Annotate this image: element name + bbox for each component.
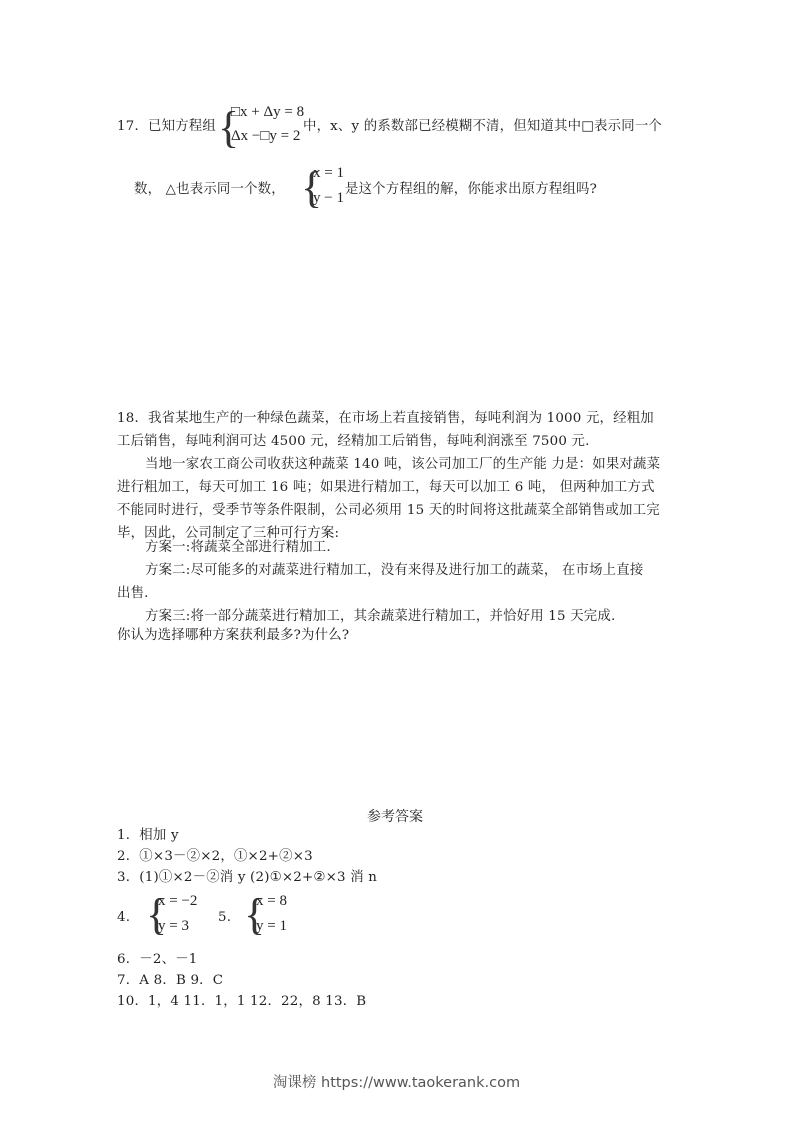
q18-line: 工后销售，每吨利润可达 4500 元，经精加工后销售，每吨利润涨至 7500 元…: [117, 432, 590, 452]
answer-5-eq1: x = 8: [256, 893, 287, 910]
q17-solution-eq1: x = 1: [313, 165, 344, 182]
q17-solution-eq2: y − 1: [313, 190, 344, 207]
q17-prefix: 17．已知方程组: [117, 117, 216, 137]
answer-1: 1．相加 y: [117, 826, 179, 846]
answer-4-eq2: y = 3: [158, 918, 189, 935]
answer-5-eq2: y = 1: [256, 918, 287, 935]
answer-4-eq1: x = −2: [158, 893, 197, 910]
q17-system-eq2: Δx −□y = 2: [231, 128, 300, 145]
q18-plan-2: 方案二:尽可能多的对蔬菜进行精加工，没有来得及进行加工的蔬菜， 在市场上直接: [145, 561, 643, 581]
q17-line2-prefix: 数， △也表示同一个数，: [134, 180, 285, 200]
q18-plan-1: 方案一:将蔬菜全部进行精加工.: [145, 538, 331, 558]
answer-4-label: 4.: [117, 908, 130, 928]
q18-plan-3: 方案三:将一部分蔬菜进行精加工，其余蔬菜进行精加工，并恰好用 15 天完成.: [145, 607, 615, 627]
answer-10-13: 10．1，4 11．1，1 12．22，8 13．B: [117, 992, 366, 1012]
document-page: 17．已知方程组 { □x + Δy = 8 Δx −□y = 2 中，x、y …: [0, 0, 793, 1122]
q18-line: 进行粗加工，每天可加工 16 吨；如果进行精加工，每天可以加工 6 吨， 但两种…: [117, 478, 655, 498]
q17-line2-suffix: 是这个方程组的解，你能求出原方程组吗?: [345, 180, 597, 200]
answer-5-label: 5.: [218, 908, 231, 928]
q18-line: 18．我省某地生产的一种绿色蔬菜，在市场上若直接销售，每吨利润为 1000 元，…: [117, 409, 654, 429]
answer-2: 2．①×3－②×2，①×2+②×3: [117, 847, 313, 867]
q18-line: 当地一家农工商公司收获这种蔬菜 140 吨，该公司加工厂的生产能 力是：如果对蔬…: [145, 455, 660, 475]
watermark-footer: 淘课榜 https://www.taokerank.com: [0, 1071, 793, 1092]
q17-system-eq1: □x + Δy = 8: [231, 104, 304, 121]
q18-line: 出售.: [117, 584, 149, 604]
q17-line1-suffix: 中，x、y 的系数部已经模糊不清，但知道其中□表示同一个: [303, 117, 662, 137]
answer-6: 6．－2、－1: [117, 950, 198, 970]
q18-line: 不能同时进行，受季节等条件限制，公司必须用 15 天的时间将这批蔬菜全部销售或加…: [117, 501, 660, 521]
q18-question: 你认为选择哪种方案获利最多?为什么?: [117, 626, 349, 646]
answer-7-9: 7．A 8．B 9．C: [117, 971, 223, 991]
answer-3: 3．(1)①×2－②消 y (2)①×2+②×3 消 n: [117, 868, 377, 888]
answers-title: 参考答案: [367, 806, 423, 826]
